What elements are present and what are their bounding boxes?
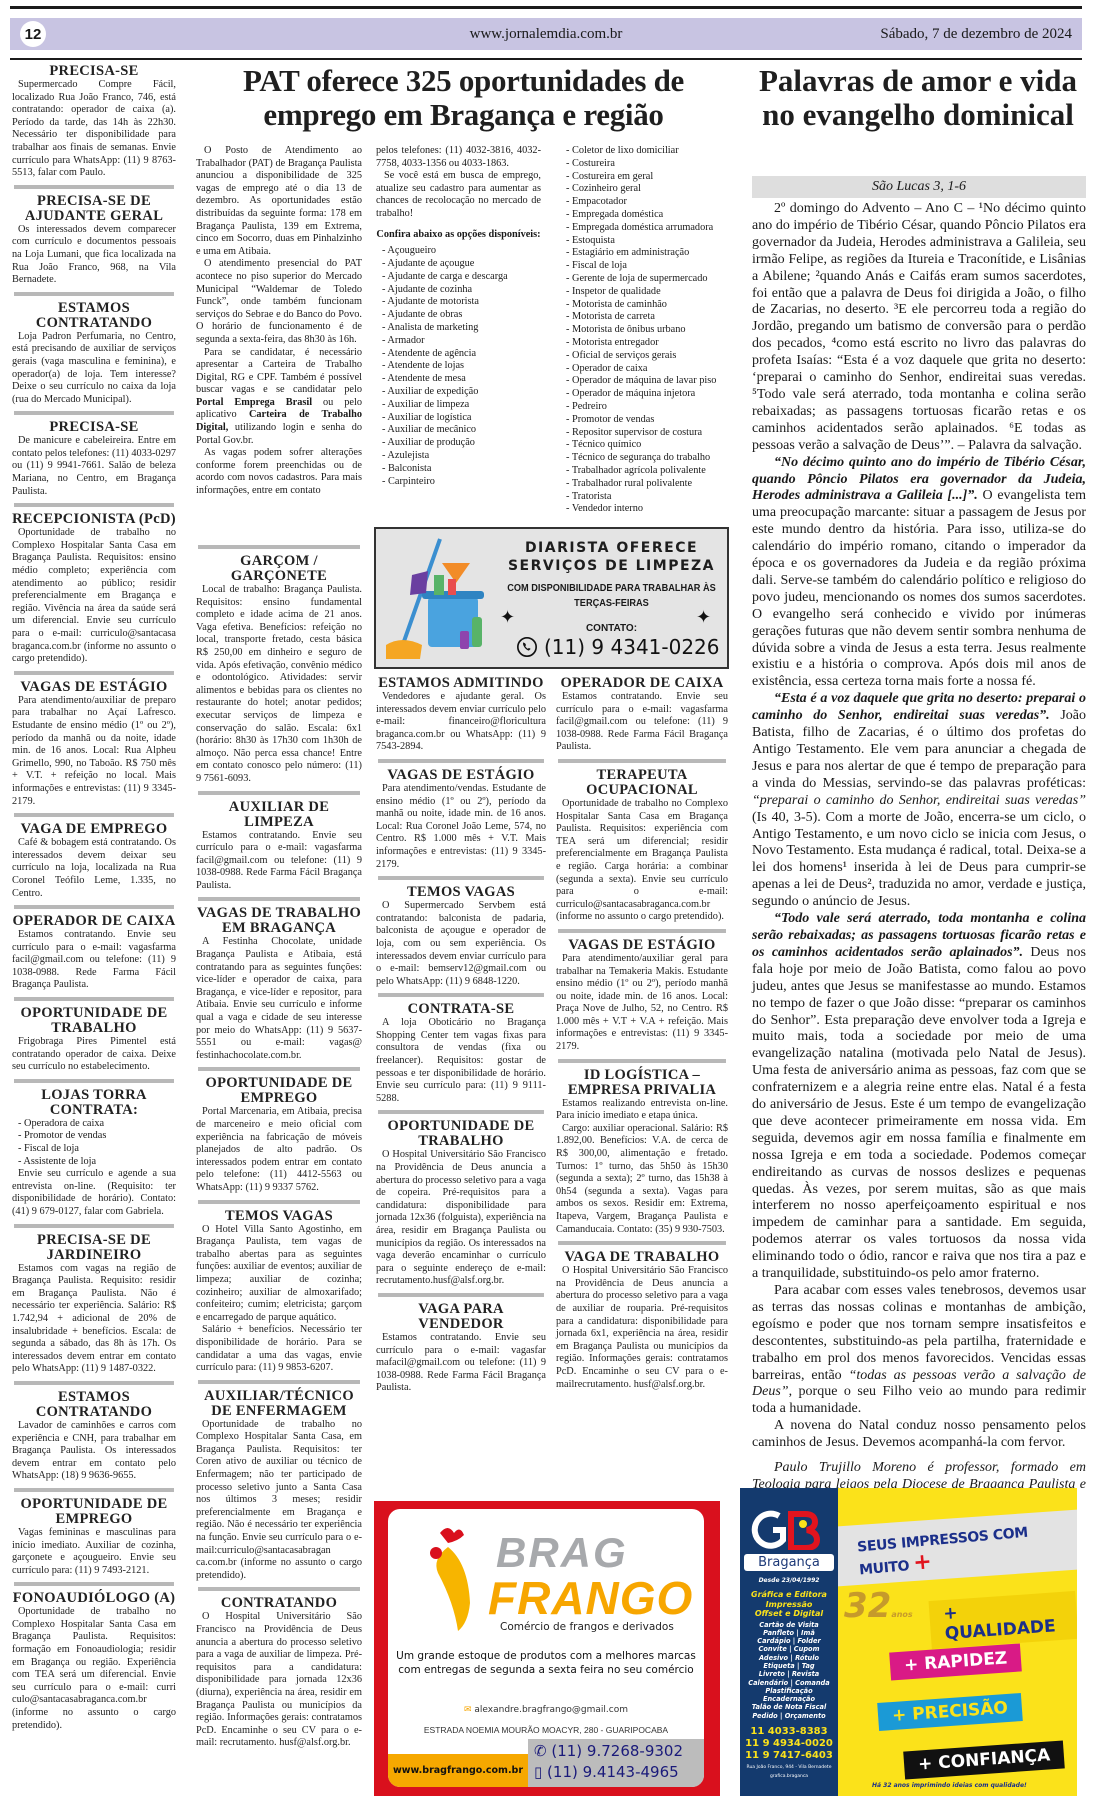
brag-phones: ✆ (11) 9.7268-9302 ▯ (11) 9.4143-4965 bbox=[528, 1739, 704, 1787]
ad-title: CONTRATANDO bbox=[196, 1596, 362, 1611]
ad-body: Vagas femininas e masculinas para início… bbox=[12, 1527, 176, 1577]
classified-ad: PRECISA-SE Supermercado Compre Fácil, lo… bbox=[12, 64, 176, 180]
divider bbox=[14, 292, 174, 296]
cleaning-supplies-icon bbox=[382, 535, 492, 663]
ad-body: O Hospital Universitário São Francisco n… bbox=[556, 1265, 728, 1391]
list-item: - Vendedor interno bbox=[560, 503, 735, 516]
grafica-services-list: Cartão de VisitaPanfleto | ImãCardápio |… bbox=[740, 1621, 838, 1721]
article-paragraph: pelos telefones: (11) 4032-3816, 4032-77… bbox=[376, 145, 541, 170]
grafica-instagram[interactable]: grafica.braganca bbox=[740, 1773, 838, 1780]
list-item: Cartão de Visita bbox=[740, 1621, 838, 1629]
list-item: - Ajudante de obras bbox=[376, 309, 541, 322]
divider bbox=[198, 1200, 360, 1204]
whatsapp-icon bbox=[516, 636, 538, 658]
ad-body: Para atendimento/auxiliar geral para tra… bbox=[556, 953, 728, 1054]
article-paragraph: Para se candidatar, é necessário apresen… bbox=[196, 347, 362, 448]
brag-phone[interactable]: ▯ (11) 9.4143-4965 bbox=[534, 1762, 698, 1783]
list-item: - Atendente de mesa bbox=[376, 373, 541, 386]
feature-confianca: + CONFIANÇA bbox=[903, 1740, 1065, 1779]
gb-logo-icon bbox=[749, 1510, 829, 1550]
grafica-phones: 11 4033-8383 11 9 4934-0020 11 9 7417-64… bbox=[740, 1726, 838, 1762]
grafica-phone[interactable]: 11 4033-8383 bbox=[740, 1726, 838, 1738]
list-item: Encadernação bbox=[740, 1695, 838, 1703]
divider bbox=[14, 1582, 174, 1586]
list-item: - Fiscal de loja bbox=[560, 260, 735, 273]
diarista-availability: COM DISPONIBILIDADE PARA TRABALHAR ÀS TE… bbox=[503, 581, 719, 611]
divider bbox=[558, 1059, 726, 1063]
grafica-footer: Há 32 anos imprimindo ideias com qualida… bbox=[872, 1782, 1027, 1789]
divider bbox=[378, 1293, 544, 1297]
divider bbox=[198, 791, 360, 795]
diarista-title: DIARISTA OFERECE SERVIÇOS DE LIMPEZA bbox=[494, 539, 729, 575]
evangelho-body: 2º domingo do Advento – Ano C – ¹No déci… bbox=[752, 201, 1086, 1511]
list-item: - Armador bbox=[376, 335, 541, 348]
ad-title: ESTAMOS ADMITINDO bbox=[376, 676, 546, 691]
divider bbox=[14, 905, 174, 909]
ad-title: OPERADOR DE CAIXA bbox=[12, 914, 176, 929]
ad-body: Oportunidade de trabalho no Complexo Hos… bbox=[196, 1419, 362, 1583]
grafica-headline: Gráfica e Editora Impressão Offset e Dig… bbox=[740, 1590, 838, 1619]
article-paragraph: 2º domingo do Advento – Ano C – ¹No déci… bbox=[752, 201, 1086, 455]
ad-body: Envie seu currículo e agende a sua entre… bbox=[12, 1168, 176, 1218]
article-paragraph: O Posto de Atendimento ao Trabalhador (P… bbox=[196, 145, 362, 258]
ad-body: Oportunidade de trabalho no Complexo Hos… bbox=[556, 798, 728, 924]
classified-ad: ESTAMOS CONTRATANDO Loja Padron Perfumar… bbox=[12, 301, 176, 407]
classified-ad: OPORTUNIDADE DE EMPREGO Vagas femininas … bbox=[12, 1497, 176, 1577]
ad-body: Salário + benefícios. Necessário ter dis… bbox=[196, 1324, 362, 1374]
diarista-contact-label: CONTATO: bbox=[494, 623, 729, 634]
list-item: - Balconista bbox=[376, 463, 541, 476]
classified-ad: AUXILIAR/TÉCNICO DE ENFERMAGEM Oportunid… bbox=[196, 1389, 362, 1583]
feature-precisao: + PRECISÃO bbox=[877, 1693, 1023, 1731]
ad-title: OPERADOR DE CAIXA bbox=[556, 676, 728, 691]
article-paragraph: “No décimo quinto ano do império de Tibé… bbox=[752, 455, 1086, 692]
classified-ad: RECEPCIONISTA (PcD) Oportunidade de trab… bbox=[12, 512, 176, 666]
ad-body: O Hospital Universitário São Francisco n… bbox=[376, 1149, 546, 1288]
ad-body: Local de trabalho: Bragança Paulista. Re… bbox=[196, 584, 362, 786]
ad-title: CONTRATA-SE bbox=[376, 1002, 546, 1017]
classified-ad: ESTAMOS ADMITINDO Vendedores e ajudante … bbox=[376, 676, 546, 754]
list-item: Pedido | Orçamento bbox=[740, 1712, 838, 1720]
brag-whatsapp[interactable]: ✆ (11) 9.7268-9302 bbox=[534, 1741, 698, 1762]
list-item: - Coletor de lixo domiciliar bbox=[560, 145, 735, 158]
header-rule bbox=[10, 58, 1082, 60]
ad-title: TERAPEUTA OCUPACIONAL bbox=[556, 768, 728, 798]
issue-date: Sábado, 7 de dezembro de 2024 bbox=[880, 26, 1072, 43]
list-item: - Ajudante de motorista bbox=[376, 296, 541, 309]
ad-body: Os interessados devem comparecer com cur… bbox=[12, 224, 176, 287]
divider bbox=[14, 1381, 174, 1385]
list-item: - Operador de máquina injetora bbox=[560, 388, 735, 401]
ad-title: VAGAS DE ESTÁGIO bbox=[12, 680, 176, 695]
list-item: - Operador de máquina de lavar piso bbox=[560, 375, 735, 388]
classifieds-column-1: PRECISA-SE Supermercado Compre Fácil, lo… bbox=[12, 64, 176, 1737]
list-item: - Auxiliar de mecânico bbox=[376, 424, 541, 437]
ad-body: Vendedores e ajudante geral. Os interess… bbox=[376, 691, 546, 754]
brag-tagline: Comércio de frangos e derivados bbox=[500, 1621, 674, 1633]
classified-ad: TERAPEUTA OCUPACIONAL Oportunidade de tr… bbox=[556, 768, 728, 924]
ad-title: VAGA DE EMPREGO bbox=[12, 822, 176, 837]
list-item: - Carpinteiro bbox=[376, 476, 541, 489]
list-item: - Ajudante de cozinha bbox=[376, 284, 541, 297]
list-item: - Tratorista bbox=[560, 491, 735, 504]
classified-ad: AUXILIAR DE LIMPEZA Estamos contratando.… bbox=[196, 800, 362, 893]
list-item: - Pedreiro bbox=[560, 401, 735, 414]
classified-ad: OPORTUNIDADE DE EMPREGO Portal Marcenari… bbox=[196, 1076, 362, 1194]
grafica-whatsapp[interactable]: 11 9 4934-0020 bbox=[740, 1738, 838, 1750]
divider bbox=[14, 997, 174, 1001]
divider bbox=[558, 1241, 726, 1245]
anniversary-badge: 32anos bbox=[844, 1586, 913, 1626]
divider bbox=[14, 411, 174, 415]
ad-list-item: - Fiscal de loja bbox=[18, 1143, 176, 1156]
list-item: - Estoquista bbox=[560, 235, 735, 248]
ad-body: Café & bobagem está contratando. Os inte… bbox=[12, 837, 176, 900]
ad-title: TEMOS VAGAS bbox=[196, 1209, 362, 1224]
ad-title: PRECISA-SE DE AJUDANTE GERAL bbox=[12, 194, 176, 224]
pat-article-col3: - Coletor de lixo domiciliar- Costureira… bbox=[560, 145, 735, 516]
ad-list-item: - Operadora de caixa bbox=[18, 1118, 176, 1131]
diarista-ad: DIARISTA OFERECE SERVIÇOS DE LIMPEZA COM… bbox=[374, 527, 729, 669]
divider bbox=[14, 1224, 174, 1228]
divider bbox=[198, 1067, 360, 1071]
ad-body: Para atendimento/auxiliar de preparo par… bbox=[12, 695, 176, 808]
list-item: - Inspetor de qualidade bbox=[560, 286, 735, 299]
classified-ad: VAGAS DE ESTÁGIO Para atendimento/vendas… bbox=[376, 768, 546, 871]
ad-body: Cargo: auxiliar operacional. Salário: R$… bbox=[556, 1123, 728, 1236]
classified-ad: VAGAS DE ESTÁGIO Para atendimento/auxili… bbox=[556, 938, 728, 1054]
classified-ad: PRECISA-SE DE JARDINEIRO Estamos com vag… bbox=[12, 1233, 176, 1376]
ad-body: Lavador de caminhões e carros com experi… bbox=[12, 1420, 176, 1483]
divider bbox=[558, 929, 726, 933]
bragfrango-ad: BRAG FRANGO Comércio de frangos e deriva… bbox=[374, 1501, 720, 1796]
list-item: Convite | Cupom bbox=[740, 1645, 838, 1653]
ad-body: Portal Marcenaria, em Atibaia, precisa d… bbox=[196, 1106, 362, 1194]
ad-title: OPORTUNIDADE DE TRABALHO bbox=[12, 1006, 176, 1036]
ad-body: O Supermercado Servbem está contratando:… bbox=[376, 900, 546, 988]
classified-ad: PRECISA-SE De manicure e cabeleireira. E… bbox=[12, 420, 176, 498]
grafica-whatsapp[interactable]: 11 9 7417-6403 bbox=[740, 1750, 838, 1762]
options-title: Confira abaixo as opções disponíveis: bbox=[376, 229, 541, 242]
classified-ad: CONTRATA-SE A loja Oboticário no Braganç… bbox=[376, 1002, 546, 1105]
divider bbox=[198, 545, 360, 549]
list-item: - Motorista de carreta bbox=[560, 311, 735, 324]
classified-ad: CONTRATANDO O Hospital Universitário São… bbox=[196, 1596, 362, 1750]
ad-body: Frigobraga Pires Pimentel está contratan… bbox=[12, 1036, 176, 1074]
list-item: - Motorista entregador bbox=[560, 337, 735, 350]
classified-ad: PRECISA-SE DE AJUDANTE GERAL Os interess… bbox=[12, 194, 176, 287]
classifieds-column-2: GARÇOM / GARÇONETE Local de trabalho: Br… bbox=[196, 541, 362, 1755]
ad-body: Estamos contratando. Envie seu currículo… bbox=[12, 929, 176, 992]
portal-emprega-brasil: Portal Emprega Brasil bbox=[196, 397, 312, 408]
feature-qualidade: + QUALIDADE bbox=[929, 1591, 1077, 1649]
gospel-citation: São Lucas 3, 1-6 bbox=[752, 176, 1086, 198]
article-paragraph: O atendimento presencial do PAT acontece… bbox=[196, 258, 362, 346]
ad-title: FONOAUDIÓLOGO (A) bbox=[12, 1591, 176, 1606]
list-item: Panfleto | Imã bbox=[740, 1629, 838, 1637]
ad-title: AUXILIAR DE LIMPEZA bbox=[196, 800, 362, 830]
ad-title: OPORTUNIDADE DE EMPREGO bbox=[196, 1076, 362, 1106]
list-item: - Ajudante de açougue bbox=[376, 258, 541, 271]
divider bbox=[378, 993, 544, 997]
list-item: - Empregada doméstica arrumadora bbox=[560, 222, 735, 235]
article-paragraph: “Esta é a voz daquele que grita no deser… bbox=[752, 691, 1086, 911]
list-item: - Técnico químico bbox=[560, 439, 735, 452]
list-item: - Oficial de serviços gerais bbox=[560, 350, 735, 363]
classified-ad: GARÇOM / GARÇONETE Local de trabalho: Br… bbox=[196, 554, 362, 786]
ad-title: VAGA DE TRABALHO bbox=[556, 1250, 728, 1265]
divider bbox=[198, 1587, 360, 1591]
list-item: Plastificação bbox=[740, 1687, 838, 1695]
envelope-icon: ✉ bbox=[464, 1705, 472, 1715]
list-item: - Cozinheiro geral bbox=[560, 183, 735, 196]
divider bbox=[378, 1110, 544, 1114]
classified-ad: LOJAS TORRA CONTRATA: - Operadora de cai… bbox=[12, 1088, 176, 1219]
page-header: 12 www.jornalemdia.com.br Sábado, 7 de d… bbox=[10, 18, 1082, 50]
list-item: - Atendente de lojas bbox=[376, 360, 541, 373]
list-item: - Auxiliar de limpeza bbox=[376, 399, 541, 412]
job-options-list: - Coletor de lixo domiciliar- Costureira… bbox=[560, 145, 735, 516]
pat-article-headline: PAT oferece 325 oportunidades de emprego… bbox=[196, 64, 731, 132]
classified-ad: TEMOS VAGAS O Supermercado Servbem está … bbox=[376, 885, 546, 988]
divider bbox=[14, 671, 174, 675]
classified-ad: TEMOS VAGAS O Hotel Villa Santo Agostinh… bbox=[196, 1209, 362, 1375]
ad-title: LOJAS TORRA CONTRATA: bbox=[12, 1088, 176, 1118]
ad-title: GARÇOM / GARÇONETE bbox=[196, 554, 362, 584]
article-paragraph: As vagas podem sofrer alterações conform… bbox=[196, 447, 362, 497]
list-item: - Operador de caixa bbox=[560, 363, 735, 376]
ad-body: Estamos realizando entrevista on-line. P… bbox=[556, 1098, 728, 1123]
bragfrango-ad-card: BRAG FRANGO Comércio de frangos e deriva… bbox=[388, 1509, 704, 1787]
brag-website-link[interactable]: www.bragfrango.com.br bbox=[388, 1754, 528, 1787]
list-item: Talão de Nota Fiscal bbox=[740, 1703, 838, 1711]
list-item: - Analista de marketing bbox=[376, 322, 541, 335]
classified-ad: OPERADOR DE CAIXA Estamos contratando. E… bbox=[12, 914, 176, 992]
divider bbox=[198, 1380, 360, 1384]
diarista-phone[interactable]: (11) 9 4341-0226 bbox=[516, 635, 726, 659]
ad-title: VAGA PARA VENDEDOR bbox=[376, 1302, 546, 1332]
job-options-list: - Açougueiro- Ajudante de açougue- Ajuda… bbox=[376, 245, 541, 488]
list-item: - Auxiliar de expedição bbox=[376, 386, 541, 399]
grafica-logo-name: Bragança bbox=[744, 1554, 834, 1571]
ad-list-item: - Assistente de loja bbox=[18, 1156, 176, 1169]
list-item: Livreto | Revista bbox=[740, 1670, 838, 1678]
brag-address: ESTRADA NOEMIA MOURÃO MOACYR, 280 - GUAR… bbox=[388, 1725, 704, 1735]
ad-title: TEMOS VAGAS bbox=[376, 885, 546, 900]
ad-title: RECEPCIONISTA (PcD) bbox=[12, 512, 176, 527]
grafica-since: Desde 23/04/1992 bbox=[740, 1577, 838, 1584]
grafica-sidebar: Bragança Desde 23/04/1992 Gráfica e Edit… bbox=[740, 1488, 838, 1796]
list-item: Calendário | Comanda bbox=[740, 1679, 838, 1687]
ad-title: OPORTUNIDADE DE EMPREGO bbox=[12, 1497, 176, 1527]
list-item: - Promotor de vendas bbox=[560, 414, 735, 427]
divider bbox=[14, 185, 174, 189]
classifieds-column-4: OPERADOR DE CAIXA Estamos contratando. E… bbox=[556, 676, 728, 1396]
list-item: - Empregada doméstica bbox=[560, 209, 735, 222]
ad-body: Estamos contratando. Envie seu currículo… bbox=[556, 691, 728, 754]
divider bbox=[378, 876, 544, 880]
divider bbox=[378, 759, 544, 763]
list-item: - Técnico de segurança do trabalho bbox=[560, 452, 735, 465]
divider bbox=[14, 1488, 174, 1492]
classified-ad: FONOAUDIÓLOGO (A) Oportunidade de trabal… bbox=[12, 1591, 176, 1732]
list-item: - Estagiário em administração bbox=[560, 247, 735, 260]
classified-ad: ESTAMOS CONTRATANDO Lavador de caminhões… bbox=[12, 1390, 176, 1483]
brag-logo-bottom: FRANGO bbox=[488, 1571, 693, 1625]
list-item: - Costureira bbox=[560, 158, 735, 171]
list-item: Etiqueta | Tag bbox=[740, 1662, 838, 1670]
ad-title: OPORTUNIDADE DE TRABALHO bbox=[376, 1119, 546, 1149]
ad-title: VAGAS DE ESTÁGIO bbox=[376, 768, 546, 783]
list-item: - Costureira em geral bbox=[560, 171, 735, 184]
classified-ad: VAGAS DE TRABALHO EM BRAGANÇA A Festinha… bbox=[196, 906, 362, 1062]
divider bbox=[14, 813, 174, 817]
divider bbox=[14, 503, 174, 507]
grafica-braganca-ad: Bragança Desde 23/04/1992 Gráfica e Edit… bbox=[740, 1488, 1077, 1796]
article-paragraph: Para acabar com esses vales tenebrosos, … bbox=[752, 1283, 1086, 1418]
ad-title: ESTAMOS CONTRATANDO bbox=[12, 1390, 176, 1420]
list-item: - Atendente de agência bbox=[376, 348, 541, 361]
list-item: Cardápio | Folder bbox=[740, 1637, 838, 1645]
mobile-phone-icon: ▯ bbox=[534, 1763, 542, 1781]
list-item: Adesivo | Rótulo bbox=[740, 1654, 838, 1662]
ad-body: Oportunidade de trabalho no Complexo Hos… bbox=[12, 527, 176, 666]
ad-body: A Festinha Chocolate, unidade Bragança P… bbox=[196, 936, 362, 1062]
article-paragraph: “Todo vale será aterrado, toda montanha … bbox=[752, 911, 1086, 1283]
list-item: - Motorista de caminhão bbox=[560, 299, 735, 312]
list-item: - Auxiliar de logística bbox=[376, 412, 541, 425]
list-item: - Motorista de ônibus urbano bbox=[560, 324, 735, 337]
classified-ad: VAGA PARA VENDEDOR Estamos contratando. … bbox=[376, 1302, 546, 1395]
ad-body: Estamos contratando. Envie seu currículo… bbox=[196, 830, 362, 893]
ad-body: Oportunidade de trabalho no Complexo Hos… bbox=[12, 1606, 176, 1732]
grafica-address: Rua João Franco, 944 - Vila Bernadete bbox=[740, 1764, 838, 1771]
brag-logo-top: BRAG bbox=[496, 1529, 628, 1577]
pat-article-col2: pelos telefones: (11) 4032-3816, 4032-77… bbox=[376, 145, 541, 488]
list-item: - Ajudante de carga e descarga bbox=[376, 271, 541, 284]
list-item: - Auxiliar de produção bbox=[376, 437, 541, 450]
classified-ad: OPORTUNIDADE DE TRABALHO Frigobraga Pire… bbox=[12, 1006, 176, 1074]
plus-icon: + bbox=[912, 1549, 932, 1575]
list-item: - Açougueiro bbox=[376, 245, 541, 258]
ad-body: O Hospital Universitário São Francisco n… bbox=[196, 1611, 362, 1750]
ad-list: - Operadora de caixa - Promotor de venda… bbox=[12, 1118, 176, 1168]
top-rule bbox=[10, 6, 1082, 9]
grafica-logo bbox=[746, 1510, 832, 1554]
classifieds-column-3: ESTAMOS ADMITINDO Vendedores e ajudante … bbox=[376, 676, 546, 1400]
ad-list-item: - Promotor de vendas bbox=[18, 1130, 176, 1143]
ad-body: O Hotel Villa Santo Agostinho, em Bragan… bbox=[196, 1224, 362, 1325]
list-item: - Azulejista bbox=[376, 450, 541, 463]
ad-body: A loja Oboticário no Bragança Shopping C… bbox=[376, 1017, 546, 1105]
list-item: - Gerente de loja de supermercado bbox=[560, 273, 735, 286]
brag-description: Um grande estoque de produtos com a melh… bbox=[388, 1649, 704, 1677]
classified-ad: ID LOGÍSTICA – EMPRESA PRIVALIA Estamos … bbox=[556, 1068, 728, 1237]
ad-title: VAGAS DE TRABALHO EM BRAGANÇA bbox=[196, 906, 362, 936]
ad-title: AUXILIAR/TÉCNICO DE ENFERMAGEM bbox=[196, 1389, 362, 1419]
article-paragraph: Se você está em busca de emprego, atuali… bbox=[376, 170, 541, 220]
classified-ad: OPORTUNIDADE DE TRABALHO O Hospital Univ… bbox=[376, 1119, 546, 1288]
classified-ad: VAGA DE EMPREGO Café & bobagem está cont… bbox=[12, 822, 176, 900]
classified-ad: OPERADOR DE CAIXA Estamos contratando. E… bbox=[556, 676, 728, 754]
ad-body: Supermercado Compre Fácil, localizado Ru… bbox=[12, 79, 176, 180]
list-item: - Empacotador bbox=[560, 196, 735, 209]
classified-ad: VAGAS DE ESTÁGIO Para atendimento/auxili… bbox=[12, 680, 176, 808]
ad-title: VAGAS DE ESTÁGIO bbox=[556, 938, 728, 953]
ad-title: PRECISA-SE bbox=[12, 64, 176, 79]
ad-body: Loja Padron Perfumaria, no Centro, está … bbox=[12, 331, 176, 407]
whatsapp-icon: ✆ bbox=[534, 1742, 547, 1760]
ad-title: PRECISA-SE bbox=[12, 420, 176, 435]
divider bbox=[558, 759, 726, 763]
ad-title: PRECISA-SE DE JARDINEIRO bbox=[12, 1233, 176, 1263]
ad-body: De manicure e cabeleireira. Entre em con… bbox=[12, 435, 176, 498]
brag-email[interactable]: ✉ alexandre.bragfrango@gmail.com bbox=[388, 1705, 704, 1715]
classified-ad: VAGA DE TRABALHO O Hospital Universitári… bbox=[556, 1250, 728, 1391]
ad-title: ID LOGÍSTICA – EMPRESA PRIVALIA bbox=[556, 1068, 728, 1098]
ad-title: ESTAMOS CONTRATANDO bbox=[12, 301, 176, 331]
list-item: - Trabalhador agrícola polivalente bbox=[560, 465, 735, 478]
article-paragraph: A novena do Natal conduz nosso pensament… bbox=[752, 1418, 1086, 1452]
list-item: - Repositor supervisor de costura bbox=[560, 427, 735, 440]
feature-rapidez: + RAPIDEZ bbox=[889, 1643, 1022, 1680]
list-item: - Trabalhador rural polivalente bbox=[560, 478, 735, 491]
ad-body: Estamos com vagas na região de Bragança … bbox=[12, 1263, 176, 1376]
ad-body: Para atendimento/vendas. Estudante de en… bbox=[376, 783, 546, 871]
evangelho-headline: Palavras de amor e vida no evangelho dom… bbox=[752, 64, 1084, 132]
rooster-logo-icon bbox=[418, 1523, 498, 1633]
pat-article-col1: O Posto de Atendimento ao Trabalhador (P… bbox=[196, 145, 362, 498]
ad-body: Estamos contratando. Envie seu currículo… bbox=[376, 1332, 546, 1395]
divider bbox=[14, 1079, 174, 1083]
divider bbox=[198, 897, 360, 901]
